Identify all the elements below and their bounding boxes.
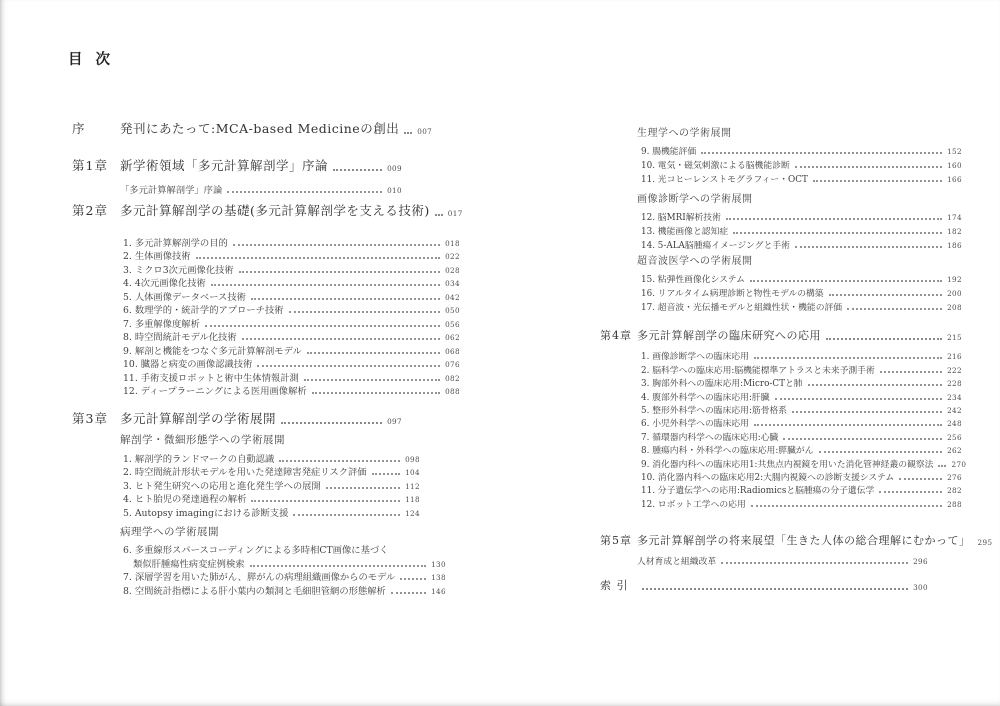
dot-leader — [391, 592, 426, 594]
entry-title: 14. 5-ALA脳腫瘍イメージングと手術 — [641, 238, 790, 251]
toc-entry-row: 6. 小児外科学への臨床応用248 — [600, 416, 962, 429]
toc-entry-row: 10. 臓器と病変の画像認識技術076 — [72, 357, 460, 371]
toc-chapter-row: 序発刊にあたって:MCA-based Medicineの創出007 — [72, 120, 460, 137]
dot-leader — [726, 218, 942, 220]
entry-title: 3. ミクロ3次元画像化技術 — [123, 262, 234, 276]
dot-leader — [312, 392, 440, 394]
toc-entry-row: 5. 整形外科学への臨床応用:筋骨格系242 — [600, 403, 962, 416]
toc-block-physio: 生理学への学術展開9. 腸機能評価15210. 電気・磁気刺激による脳機能診断1… — [600, 124, 962, 185]
dot-leader — [293, 514, 400, 516]
entry-title: 8. 時空間統計モデル化技術 — [123, 329, 237, 343]
toc-entry-row: 2. 脳科学への臨床応用:脳機能標準アトラスと未来予測手術222 — [600, 362, 962, 375]
toc-chapter-row: 第5章多元計算解剖学の将来展望「生きた人体の総合理解にむかって」295 — [600, 531, 962, 548]
page-number: 034 — [445, 279, 460, 288]
entry-title: 8. 腫瘍内科・外科学への臨床応用:膵臓がん — [641, 443, 814, 456]
entry-title: 7. 深層学習を用いた肺がん、膵がんの病理組織画像からのモデル — [123, 569, 395, 583]
entry-title: 10. 臓器と病変の画像認識技術 — [123, 356, 252, 370]
entry-title: 画像診断学への学術展開 — [637, 190, 753, 205]
toc-block-ch1: 第1章新学術領域「多元計算解剖学」序論009「多元計算解剖学」序論010 — [72, 157, 460, 196]
toc-entry-row: 2. 生体画像技術022 — [72, 249, 460, 263]
entry-title: 超音波医学への学術展開 — [637, 252, 753, 267]
page-number: 160 — [947, 161, 962, 170]
dot-leader — [281, 422, 382, 424]
toc-chapter-row: 索 引300 — [600, 576, 962, 593]
page-number: 138 — [431, 573, 446, 582]
toc-chapter-row: 第4章多元計算解剖学の臨床研究への応用215 — [600, 326, 962, 343]
entry-title: 6. 数理学的・統計学的アプローチ技術 — [123, 302, 284, 316]
page-number: 222 — [947, 366, 962, 375]
entry-title: 多元計算解剖学の臨床研究への応用 — [637, 327, 821, 343]
toc-entry-row: 14. 5-ALA脳腫瘍イメージングと手術186 — [600, 237, 962, 251]
toc-entry-row: 11. 光コヒーレンストモグラフィー・OCT166 — [600, 171, 962, 185]
dot-leader — [938, 465, 946, 467]
page-number: 018 — [445, 239, 460, 248]
entry-title: 17. 超音波・光伝播モデルと組織性状・機能の評価 — [641, 300, 842, 313]
dot-leader — [227, 191, 382, 193]
toc-entry-row: 3. ヒト発生研究への応用と進化発生学への展開112 — [72, 478, 460, 492]
entry-title: 「多元計算解剖学」序論 — [120, 182, 222, 196]
dot-leader — [196, 257, 440, 259]
page-number: 076 — [445, 360, 460, 369]
page-number: 228 — [947, 379, 962, 388]
toc-entry-row: 1. 多元計算解剖学の目的018 — [72, 235, 460, 249]
entry-title: 多元計算解剖学の将来展望「生きた人体の総合理解にむかって」 — [637, 532, 971, 548]
toc-entry-row: 13. 機能画像と認知症182 — [600, 223, 962, 237]
toc-chapter-row: 第1章新学術領域「多元計算解剖学」序論009 — [72, 157, 460, 174]
chapter-label: 第3章 — [72, 409, 120, 427]
page-number: 009 — [387, 164, 402, 173]
toc-chapter-row: 第2章多元計算解剖学の基礎(多元計算解剖学を支える技術)017 — [72, 202, 460, 219]
page-number: 296 — [913, 557, 928, 566]
toc-entry-row: 6. 多重線形スパースコーディングによる多時相CT画像に基づく — [72, 543, 460, 557]
entry-title: 2. 時空間統計形状モデルを用いた発達障害発症リスク評価 — [123, 464, 367, 478]
dot-leader — [251, 298, 440, 300]
dot-leader — [205, 325, 440, 327]
entry-title: 11. 分子遺伝学への応用:Radiomicsと脳腫瘍の分子遺伝学 — [641, 483, 874, 496]
dot-leader — [879, 491, 942, 493]
dot-leader — [819, 451, 943, 453]
page-number: 097 — [387, 417, 402, 426]
chapter-label: 第1章 — [72, 156, 120, 174]
entry-title: 9. 消化器内科への臨床応用1:共焦点内視鏡を用いた消化管神経叢の観察法 — [641, 457, 933, 470]
toc-section-heading: 解剖学・微細形態学への学術展開 — [72, 433, 460, 447]
dot-leader — [721, 562, 908, 564]
page-number: 248 — [947, 419, 962, 428]
dot-leader — [795, 166, 942, 168]
toc-block-index: 索 引300 — [600, 576, 962, 593]
toc-entry-row: 9. 消化器内科への臨床応用1:共焦点内視鏡を用いた消化管神経叢の観察法270 — [600, 456, 962, 469]
dot-leader — [733, 232, 942, 234]
toc-entry-row: 15. 粘弾性画像化システム192 — [600, 271, 962, 285]
toc-entry-row: 5. 人体画像データベース技術042 — [72, 289, 460, 303]
toc-block-ch3: 第3章多元計算解剖学の学術展開097解剖学・微細形態学への学術展開1. 解剖学的… — [72, 410, 460, 597]
toc-entry-row: 11. 手術支援ロボットと術中生体情報計測082 — [72, 370, 460, 384]
toc-block-intro: 序発刊にあたって:MCA-based Medicineの創出007 — [72, 120, 460, 137]
toc-entry-row: 10. 消化器内科への臨床応用2:大腸内視鏡への診断支援システム276 — [600, 470, 962, 483]
entry-title: 11. 手術支援ロボットと術中生体情報計測 — [123, 370, 299, 384]
dot-leader — [783, 438, 942, 440]
toc-entry-row: 4. 腹部外科学への臨床応用:肝臓234 — [600, 389, 962, 402]
page-number: 068 — [445, 347, 460, 356]
page-number: 192 — [947, 275, 962, 284]
toc-entry-row: 2. 時空間統計形状モデルを用いた発達障害発症リスク評価104 — [72, 465, 460, 479]
toc-entry-row: 10. 電気・磁気刺激による脳機能診断160 — [600, 157, 962, 171]
entry-title: 多元計算解剖学の基礎(多元計算解剖学を支える技術) — [120, 201, 430, 219]
page-number: 010 — [387, 186, 402, 195]
page-number: 262 — [947, 446, 962, 455]
page-number: 104 — [405, 468, 420, 477]
dot-leader — [239, 271, 440, 273]
entry-title: 1. 解剖学的ランドマークの自動認識 — [123, 451, 274, 465]
toc-entry-row: 1. 画像診断学への臨床応用216 — [600, 349, 962, 362]
entry-title: 9. 腸機能評価 — [641, 144, 696, 157]
toc-section-heading: 超音波医学への学術展開 — [600, 252, 962, 267]
entry-title: 8. 空間統計指標による肝小葉内の類洞と毛細胆管網の形態解析 — [123, 583, 386, 597]
toc-entry-row: 4. ヒト胎児の発達過程の解析118 — [72, 492, 460, 506]
toc-entry-row: 12. 脳MRI解析技術174 — [600, 209, 962, 223]
entry-title: 人材育成と組織改革 — [637, 554, 716, 567]
page-number: 062 — [445, 333, 460, 342]
chapter-label: 索 引 — [600, 577, 637, 593]
dot-leader — [326, 487, 400, 489]
page-number: 256 — [947, 433, 962, 442]
page-number: 007 — [417, 127, 432, 136]
dot-leader — [792, 411, 942, 413]
entry-title: 解剖学・微細形態学への学術展開 — [120, 432, 285, 447]
page-number: 174 — [947, 213, 962, 222]
entry-title: 2. 脳科学への臨床応用:脳機能標準アトラスと未来予測手術 — [641, 363, 875, 376]
dot-leader — [813, 180, 942, 182]
page-number: 088 — [445, 387, 460, 396]
page-number: 124 — [405, 509, 420, 518]
entry-title: 9. 解剖と機能をつなぐ多元計算解剖モデル — [123, 343, 302, 357]
toc-entry-row: 9. 腸機能評価152 — [600, 143, 962, 157]
page-number: 082 — [445, 374, 460, 383]
toc-entry-row: 類似肝腫瘍性病変症例検索130 — [72, 556, 460, 570]
entry-title: 13. 機能画像と認知症 — [641, 224, 728, 237]
page-number: 186 — [947, 241, 962, 250]
toc-entry-row: 人材育成と組織改革296 — [600, 553, 962, 567]
dot-leader — [701, 152, 942, 154]
toc-entry-row: 16. リアルタイム病理診断と物性モデルの構築200 — [600, 285, 962, 299]
page-number: 234 — [947, 393, 962, 402]
dot-leader — [435, 214, 443, 216]
dot-leader — [899, 478, 942, 480]
entry-title: 4. 4次元画像化技術 — [123, 275, 206, 289]
page-number: 182 — [947, 227, 962, 236]
dot-leader — [750, 280, 942, 282]
entry-title: 12. ロボット工学への応用 — [641, 497, 746, 510]
toc-entry-row: 8. 空間統計指標による肝小葉内の類洞と毛細胆管網の形態解析146 — [72, 583, 460, 597]
toc-block-ch4: 第4章多元計算解剖学の臨床研究への応用2151. 画像診断学への臨床応用2162… — [600, 326, 962, 510]
entry-title: 16. リアルタイム病理診断と物性モデルの構築 — [641, 286, 824, 299]
dot-leader — [751, 505, 942, 507]
dot-leader — [795, 246, 942, 248]
entry-title: 11. 光コヒーレンストモグラフィー・OCT — [641, 172, 808, 185]
entry-title: 4. ヒト胎児の発達過程の解析 — [123, 491, 246, 505]
entry-title: 10. 電気・磁気刺激による脳機能診断 — [641, 158, 790, 171]
dot-leader — [400, 578, 426, 580]
toc-section-heading: 画像診断学への学術展開 — [600, 190, 962, 205]
toc-block-ch5: 第5章多元計算解剖学の将来展望「生きた人体の総合理解にむかって」295人材育成と… — [600, 531, 962, 567]
page-number: 208 — [947, 303, 962, 312]
toc-block-ultrasound: 超音波医学への学術展開15. 粘弾性画像化システム19216. リアルタイム病理… — [600, 252, 962, 313]
page-number: 282 — [947, 486, 962, 495]
dot-leader — [251, 500, 400, 502]
dot-leader — [279, 460, 400, 462]
page-number: 216 — [947, 352, 962, 361]
entry-title: 12. ディープラーニングによる医用画像解析 — [123, 383, 307, 397]
toc-entry-row: 4. 4次元画像化技術034 — [72, 276, 460, 290]
entry-title: 10. 消化器内科への臨床応用2:大腸内視鏡への診断支援システム — [641, 470, 894, 483]
page-number: 050 — [445, 306, 460, 315]
page-number: 098 — [405, 455, 420, 464]
dot-leader — [289, 311, 441, 313]
dot-leader — [754, 357, 942, 359]
entry-title: 3. 胸部外科への臨床応用:Micro-CTと肺 — [641, 376, 803, 389]
page-number: 017 — [448, 209, 463, 218]
toc-block-ch2: 第2章多元計算解剖学の基礎(多元計算解剖学を支える技術)0171. 多元計算解剖… — [72, 202, 460, 397]
entry-title: 15. 粘弾性画像化システム — [641, 272, 745, 285]
entry-title: 12. 脳MRI解析技術 — [641, 210, 721, 223]
toc-entry-row: 11. 分子遺伝学への応用:Radiomicsと脳腫瘍の分子遺伝学282 — [600, 483, 962, 496]
chapter-label: 第5章 — [600, 532, 637, 548]
dot-leader — [307, 352, 440, 354]
entry-title: 1. 画像診断学への臨床応用 — [641, 349, 749, 362]
dot-leader — [808, 384, 943, 386]
dot-leader — [880, 371, 942, 373]
page-number: 028 — [445, 266, 460, 275]
page-number: 112 — [405, 482, 420, 491]
dot-leader — [233, 244, 440, 246]
dot-leader — [242, 338, 440, 340]
entry-title: 7. 多重解像度解析 — [123, 316, 200, 330]
dot-leader — [211, 284, 440, 286]
dot-leader — [826, 338, 942, 340]
page-number: 276 — [947, 473, 962, 482]
dot-leader — [333, 169, 382, 171]
toc-entry-row: 7. 深層学習を用いた肺がん、膵がんの病理組織画像からのモデル138 — [72, 570, 460, 584]
toc-entry-row: 8. 時空間統計モデル化技術062 — [72, 330, 460, 344]
dot-leader — [829, 294, 942, 296]
page-number: 295 — [978, 538, 993, 547]
toc-entry-row: 1. 解剖学的ランドマークの自動認識098 — [72, 451, 460, 465]
toc-entry-row: 6. 数理学的・統計学的アプローチ技術050 — [72, 303, 460, 317]
toc-section-heading: 病理学への学術展開 — [72, 525, 460, 539]
dot-leader — [404, 132, 412, 134]
entry-title: 病理学への学術展開 — [120, 524, 219, 539]
entry-title: 4. 腹部外科学への臨床応用:肝臓 — [641, 390, 770, 403]
entry-title: 1. 多元計算解剖学の目的 — [123, 235, 228, 249]
page-number: 130 — [431, 560, 446, 569]
toc-entry-row: 8. 腫瘍内科・外科学への臨床応用:膵臓がん262 — [600, 443, 962, 456]
toc-page: 目 次 序発刊にあたって:MCA-based Medicineの創出007第1章… — [0, 0, 1000, 706]
toc-entry-row: 12. ロボット工学への応用288 — [600, 496, 962, 509]
toc-entry-row: 3. 胸部外科への臨床応用:Micro-CTと肺228 — [600, 376, 962, 389]
entry-title: 類似肝腫瘍性病変症例検索 — [133, 556, 245, 570]
toc-entry-row: 7. 循環器内科学への臨床応用:心臓256 — [600, 429, 962, 442]
dot-leader — [847, 308, 942, 310]
toc-block-imaging: 画像診断学への学術展開12. 脳MRI解析技術17413. 機能画像と認知症18… — [600, 190, 962, 251]
chapter-label: 序 — [72, 119, 120, 137]
dot-leader — [775, 398, 943, 400]
page-number: 270 — [951, 460, 966, 469]
dot-leader — [304, 379, 440, 381]
toc-entry-row: 7. 多重解像度解析056 — [72, 316, 460, 330]
toc-entry-row: 「多元計算解剖学」序論010 — [72, 182, 460, 196]
page-number: 022 — [445, 252, 460, 261]
entry-title: 7. 循環器内科学への臨床応用:心臓 — [641, 430, 778, 443]
entry-title: 3. ヒト発生研究への応用と進化発生学への展開 — [123, 478, 321, 492]
entry-title: 5. Autopsy imagingにおける診断支援 — [123, 505, 288, 519]
toc-entry-row: 12. ディープラーニングによる医用画像解析088 — [72, 384, 460, 398]
toc-left-column: 序発刊にあたって:MCA-based Medicineの創出007第1章新学術領… — [72, 0, 460, 706]
dot-leader — [642, 588, 908, 590]
dot-leader — [372, 473, 400, 475]
entry-title: 6. 多重線形スパースコーディングによる多時相CT画像に基づく — [123, 542, 388, 556]
entry-title: 生理学への学術展開 — [637, 124, 732, 139]
page-number: 200 — [947, 289, 962, 298]
page-number: 288 — [947, 500, 962, 509]
entry-title: 新学術領域「多元計算解剖学」序論 — [120, 156, 328, 174]
page-number: 056 — [445, 320, 460, 329]
dot-leader — [754, 424, 942, 426]
chapter-label: 第2章 — [72, 201, 120, 219]
page-number: 042 — [445, 293, 460, 302]
page-number: 215 — [947, 333, 962, 342]
entry-title: 多元計算解剖学の学術展開 — [120, 409, 276, 427]
entry-title: 発刊にあたって:MCA-based Medicineの創出 — [120, 119, 399, 137]
page-number: 152 — [947, 147, 962, 156]
entry-title: 6. 小児外科学への臨床応用 — [641, 416, 749, 429]
page-number: 146 — [431, 587, 446, 596]
page-number: 300 — [913, 583, 928, 592]
page-number: 166 — [947, 175, 962, 184]
entry-title: 5. 整形外科学への臨床応用:筋骨格系 — [641, 403, 787, 416]
toc-entry-row: 17. 超音波・光伝播モデルと組織性状・機能の評価208 — [600, 299, 962, 313]
toc-section-heading: 生理学への学術展開 — [600, 124, 962, 139]
page-number: 118 — [405, 495, 420, 504]
toc-chapter-row: 第3章多元計算解剖学の学術展開097 — [72, 410, 460, 427]
toc-entry-row: 5. Autopsy imagingにおける診断支援124 — [72, 505, 460, 519]
chapter-label: 第4章 — [600, 327, 637, 343]
toc-entry-row: 9. 解剖と機能をつなぐ多元計算解剖モデル068 — [72, 343, 460, 357]
toc-entry-row: 3. ミクロ3次元画像化技術028 — [72, 262, 460, 276]
entry-title: 2. 生体画像技術 — [123, 248, 191, 262]
entry-title: 5. 人体画像データベース技術 — [123, 289, 246, 303]
page-number: 242 — [947, 406, 962, 415]
toc-right-column: 生理学への学術展開9. 腸機能評価15210. 電気・磁気刺激による脳機能診断1… — [600, 0, 962, 706]
dot-leader — [250, 565, 427, 567]
dot-leader — [257, 365, 440, 367]
